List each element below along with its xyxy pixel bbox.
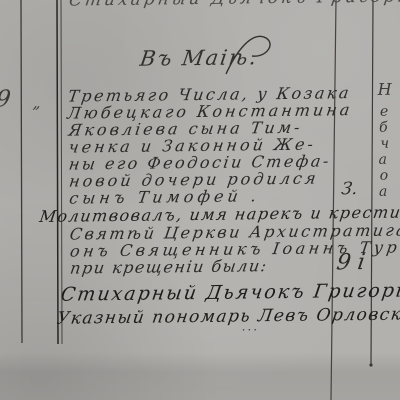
cut-off-letter-fragment: Н <box>378 80 392 99</box>
handwriting-layer: Стихарный Дьячокъ Григорій Въ Маіѣ. 9 „ … <box>0 0 400 400</box>
ink-dots: ... <box>241 319 259 333</box>
record-number: 9 <box>0 86 9 112</box>
side-column-mark-upper: З. <box>340 179 356 199</box>
side-column-mark-lower: 9 і <box>335 250 363 275</box>
cut-off-letter-fragment: е <box>380 104 388 120</box>
record-line-clergy-signature: Стихарный Дьячокъ Григорій <box>59 279 400 305</box>
record-line-clergy-signature: Указный пономарь Левъ Орловск <box>55 305 400 329</box>
cut-off-letter-fragment: а <box>378 152 387 168</box>
cut-off-letter-fragment: о <box>380 168 389 184</box>
previous-entry-partial-line: Стихарный Дьячокъ Григорій <box>67 0 400 11</box>
register-page: Стихарный Дьячокъ Григорій Въ Маіѣ. 9 „ … <box>0 0 400 400</box>
cut-off-letter-fragment: а <box>379 184 388 200</box>
record-line: при крещеніи были: <box>69 256 267 277</box>
date-ditto-mark: „ <box>32 94 40 112</box>
month-heading: Въ Маіѣ. <box>138 45 256 70</box>
cut-off-letter-fragment: ч <box>380 136 389 152</box>
cut-off-letter-fragment: б <box>379 120 388 136</box>
